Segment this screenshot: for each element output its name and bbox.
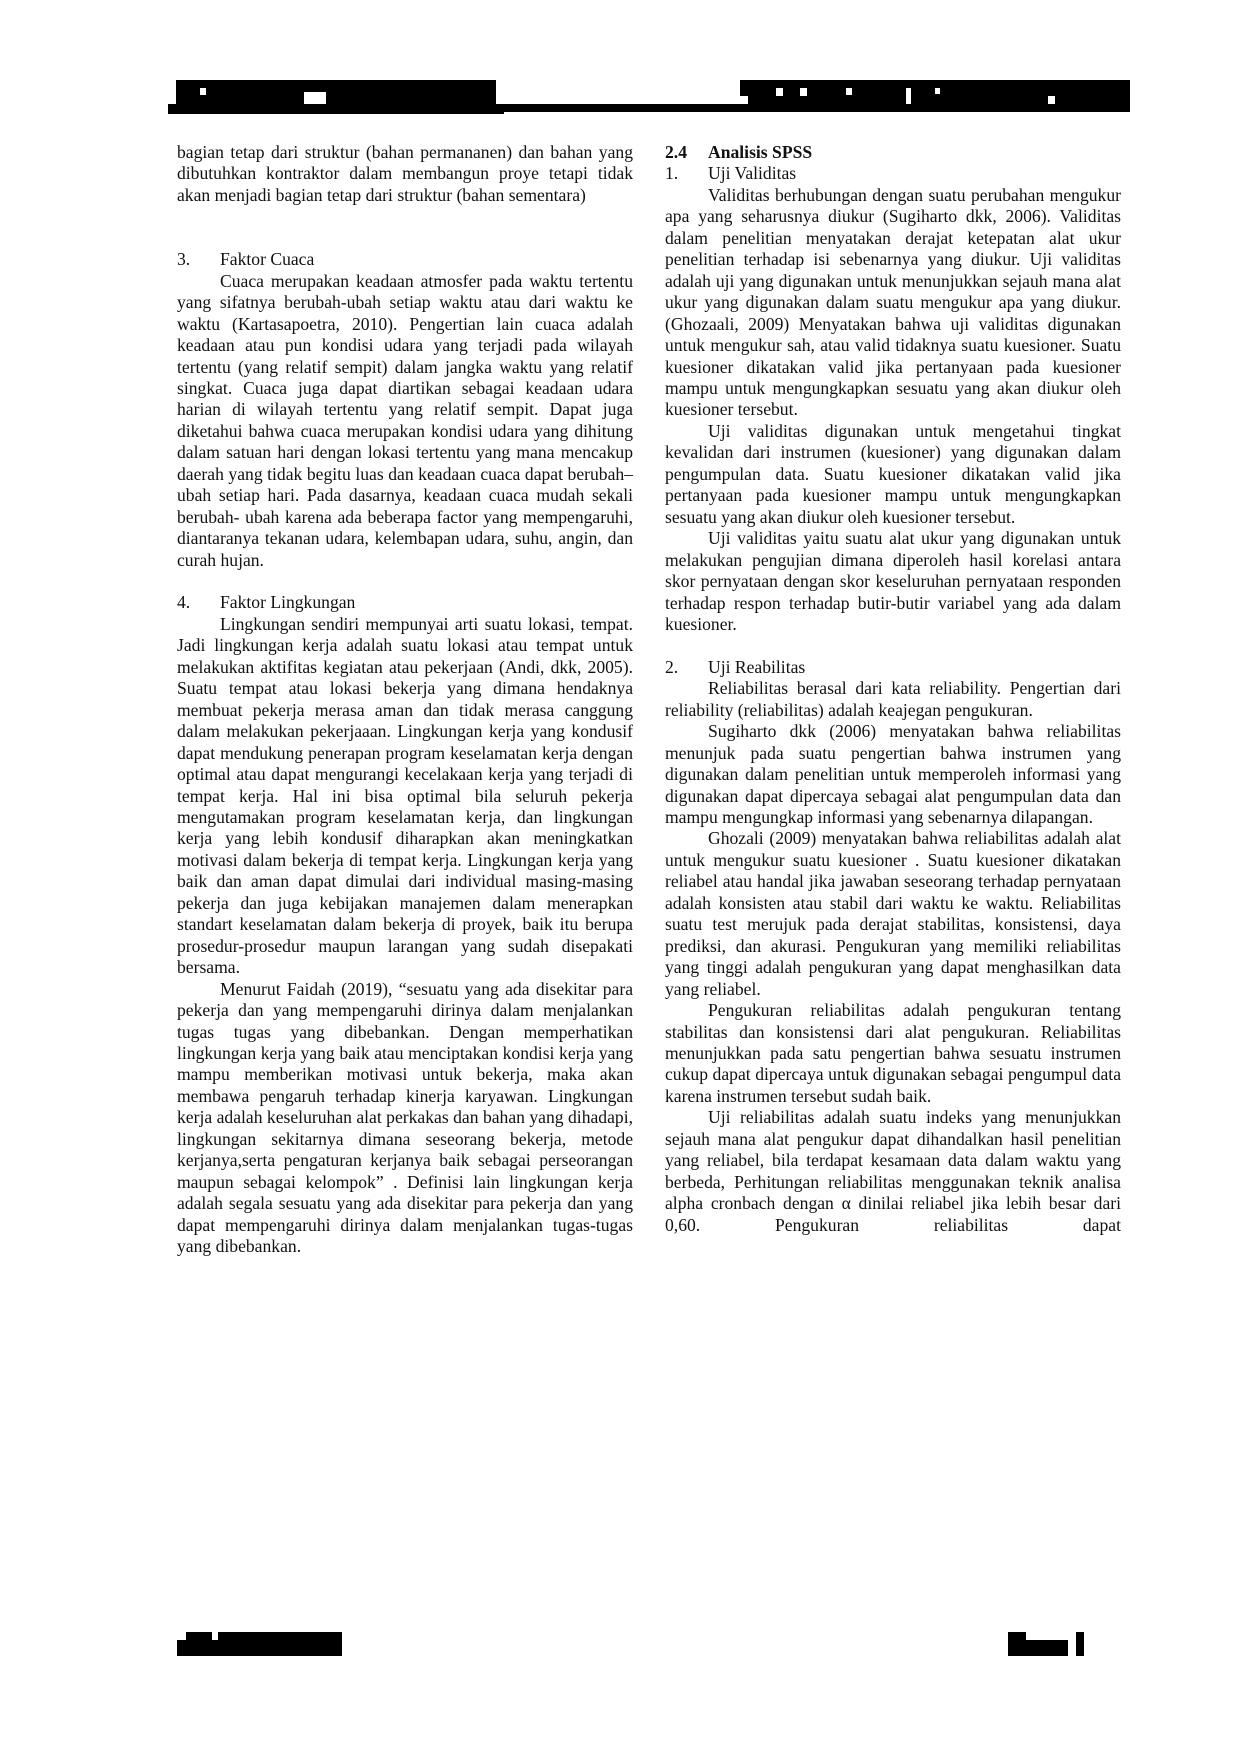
subsection-heading-uji-validitas: 1. Uji Validitas (665, 163, 1121, 184)
subsection-heading-uji-reabilitas: 2. Uji Reabilitas (665, 657, 1121, 678)
section-heading-analisis-spss: 2.4 Analisis SPSS (665, 142, 1121, 163)
paragraph: Uji validitas digunakan untuk mengetahui… (665, 421, 1121, 528)
paragraph: Menurut Faidah (2019), “sesuatu yang ada… (177, 979, 633, 1258)
paragraph: Reliabilitas berasal dari kata reliabili… (665, 678, 1121, 721)
paragraph: Lingkungan sendiri mempunyai arti suatu … (177, 614, 633, 979)
paragraph: Validitas berhubungan dengan suatu perub… (665, 185, 1121, 421)
section-heading-faktor-cuaca: 3. Faktor Cuaca (177, 249, 633, 270)
section-number: 3. (177, 249, 220, 270)
subsection-title: Uji Reabilitas (708, 657, 805, 678)
left-column: bagian tetap dari struktur (bahan perman… (177, 142, 633, 1258)
subsection-title: Uji Validitas (708, 163, 796, 184)
section-heading-faktor-lingkungan: 4. Faktor Lingkungan (177, 592, 633, 613)
section-number: 2.4 (665, 142, 708, 163)
paragraph: Sugiharto dkk (2006) menyatakan bahwa re… (665, 721, 1121, 828)
continuation-paragraph: bagian tetap dari struktur (bahan perman… (177, 142, 633, 206)
paragraph: Uji validitas yaitu suatu alat ukur yang… (665, 528, 1121, 635)
subsection-number: 2. (665, 657, 708, 678)
right-column: 2.4 Analisis SPSS 1. Uji Validitas Valid… (665, 142, 1121, 1236)
paragraph: Cuaca merupakan keadaan atmosfer pada wa… (177, 271, 633, 571)
paragraph: Ghozali (2009) menyatakan bahwa reliabil… (665, 828, 1121, 1000)
section-title: Faktor Lingkungan (220, 592, 355, 613)
subsection-number: 1. (665, 163, 708, 184)
paragraph: Pengukuran reliabilitas adalah pengukura… (665, 1000, 1121, 1107)
paragraph: Uji reliabilitas adalah suatu indeks yan… (665, 1107, 1121, 1236)
section-title: Faktor Cuaca (220, 249, 314, 270)
section-number: 4. (177, 592, 220, 613)
section-title: Analisis SPSS (708, 142, 812, 163)
